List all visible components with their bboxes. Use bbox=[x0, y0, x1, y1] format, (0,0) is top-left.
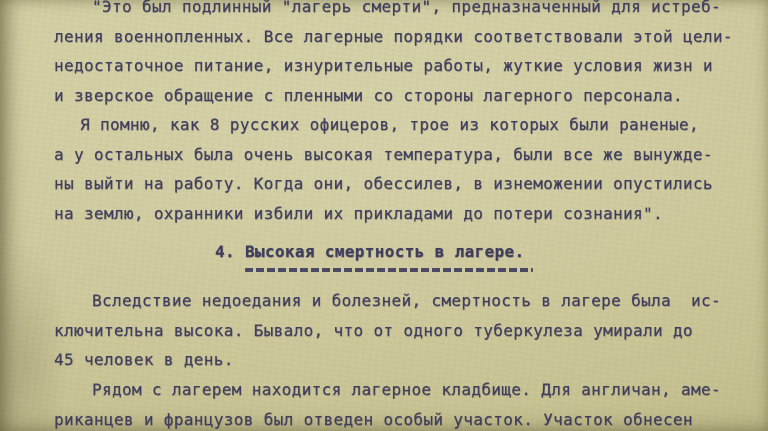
section-heading: 4. Высокая смертность в лагере. bbox=[215, 237, 533, 272]
text-line: и зверское обращение с пленными со сторо… bbox=[54, 81, 754, 111]
text-line: ключительна высока. Бывало, что от одног… bbox=[54, 316, 754, 346]
text-line: недостаточное питание, изнурительные раб… bbox=[54, 51, 754, 81]
text-line: ны выйти на работу. Когда они, обессилев… bbox=[54, 169, 754, 199]
paragraph-3: Вследствие недоедания и болезней, смертн… bbox=[54, 286, 754, 375]
text-line: на землю, охранники избили их прикладами… bbox=[54, 199, 754, 229]
heading-underline bbox=[245, 268, 533, 272]
document-page: "Это был подлинный "лагерь смерти", пред… bbox=[0, 0, 768, 431]
text-line: "Это был подлинный "лагерь смерти", пред… bbox=[54, 0, 754, 22]
text-line: 45 человек в день. bbox=[54, 345, 754, 375]
text-line: Вследствие недоедания и болезней, смертн… bbox=[54, 286, 754, 316]
text-line: ления военнопленных. Все лагерные порядк… bbox=[54, 22, 754, 52]
paragraph-1: "Это был подлинный "лагерь смерти", пред… bbox=[54, 0, 754, 110]
text-line: Рядом с лагерем находится лагерное кладб… bbox=[54, 375, 754, 405]
paragraph-2: Я помню, как 8 русских офицеров, трое из… bbox=[54, 110, 754, 228]
text-line: риканцев и французов был отведен особый … bbox=[54, 405, 754, 431]
paragraph-4: Рядом с лагерем находится лагерное кладб… bbox=[54, 375, 754, 431]
text-line: а у остальных была очень высокая темпера… bbox=[54, 140, 754, 170]
section-heading-text: 4. Высокая смертность в лагере. bbox=[215, 237, 533, 267]
text-line: Я помню, как 8 русских офицеров, трое из… bbox=[54, 110, 754, 140]
